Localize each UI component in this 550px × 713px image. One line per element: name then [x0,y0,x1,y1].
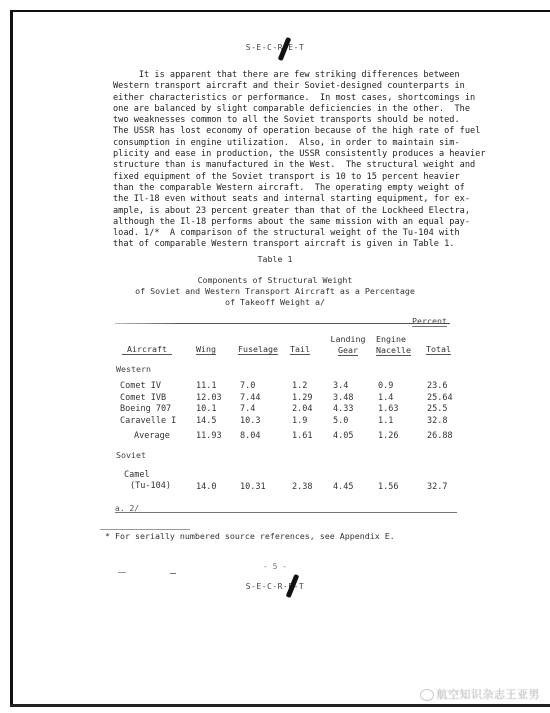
cell-total: 32.7 [427,482,447,492]
header-fuselage: Fuselage [238,344,278,355]
cell-gear: 4.05 [333,431,353,441]
table-label: Table 1 [0,254,550,265]
paragraph-line: ample, is about 23 percent greater than … [113,206,508,217]
paragraph-line: It is apparent that there are few striki… [113,70,508,81]
cell-gear: 4.33 [333,404,353,414]
cell-tail: 1.9 [292,416,307,426]
table-title-line: Components of Structural Weight [0,275,550,286]
weibo-icon [420,689,434,701]
cell-total: 25.5 [427,404,447,414]
watermark: 航空知识杂志王亚男 [420,686,541,702]
cell-aircraft: Caravelle I [120,416,176,426]
table-title: Components of Structural Weight of Sovie… [0,275,550,308]
cell-nacelle: 1.4 [378,393,393,403]
cell-gear: 5.0 [333,416,348,426]
paragraph-line: plicity and ease in production, the USSR… [113,149,508,160]
paragraph-line: one are balanced by slight comparable de… [113,104,508,115]
cell-aircraft-designation: (Tu-104) [130,481,171,491]
classification-marking-top: S-E-C-R-E-T [0,43,550,52]
cell-wing: 11.1 [196,381,216,391]
paragraph-line: the Il-18 even without seats and interna… [113,194,508,205]
header-aircraft: Aircraft [122,344,172,355]
cell-fuselage: 10.3 [240,416,260,426]
paragraph-line: although the Il-18 performs about the sa… [113,217,508,228]
cell-fuselage: 7.44 [240,393,260,403]
cell-wing: 14.0 [196,482,216,492]
cell-aircraft: Comet IV [120,381,161,391]
cell-aircraft: Boeing 707 [120,404,171,414]
header-total: Total [426,344,451,355]
cell-tail: 1.61 [292,431,312,441]
page-frame-bottom [10,704,550,707]
page-number: - 5 - [0,562,550,571]
cell-nacelle: 1.1 [378,416,393,426]
paragraph-line: that of comparable Western transport air… [113,239,508,250]
watermark-text: 航空知识杂志王亚男 [437,688,541,701]
cell-wing: 12.03 [196,393,222,403]
footnote: * For serially numbered source reference… [105,531,395,541]
cell-wing: 10.1 [196,404,216,414]
cell-total: 23.6 [427,381,447,391]
paragraph-line: The USSR has lost economy of operation b… [113,126,508,137]
cell-tail: 1.2 [292,381,307,391]
cell-total: 25.64 [427,393,453,403]
paragraph-line: two weaknesses common to all the Soviet … [113,115,508,126]
cell-tail: 2.04 [292,404,312,414]
cell-total: 26.88 [427,431,453,441]
cell-total: 32.8 [427,416,447,426]
table-unit-label: Percent [412,316,447,327]
cell-nacelle: 1.26 [378,431,398,441]
paragraph-line: consumption in engine utilization. Also,… [113,138,508,149]
paragraph-line: load. 1/* A comparison of the structural… [113,228,508,239]
cell-fuselage: 10.31 [240,482,266,492]
paragraph-line: than the comparable Western aircraft. Th… [113,183,508,194]
paragraph-line: structure than is manufactured in the We… [113,160,508,171]
body-paragraph: It is apparent that there are few striki… [113,70,508,251]
footnote-rule [100,529,190,530]
cell-tail: 1.29 [292,393,312,403]
cell-wing: 14.5 [196,416,216,426]
classification-marking-bottom: S-E-C-R-E-T [0,582,550,591]
cell-aircraft: Comet IVB [120,393,166,403]
header-wing: Wing [196,344,216,355]
scan-speck [118,572,126,573]
cell-aircraft: Average [134,431,170,441]
page-frame-top [10,10,550,12]
cell-fuselage: 7.4 [240,404,255,414]
cell-gear: 4.45 [333,482,353,492]
cell-wing: 11.93 [196,431,222,441]
cell-aircraft: Camel [124,470,150,480]
header-tail: Tail [290,344,310,355]
cell-fuselage: 8.04 [240,431,260,441]
cell-gear: 3.4 [333,381,348,391]
cell-nacelle: 0.9 [378,381,393,391]
cell-nacelle: 1.56 [378,482,398,492]
table-title-line: of Takeoff Weight a/ [0,297,550,308]
cell-nacelle: 1.63 [378,404,398,414]
paragraph-line: either characteristics or performance. I… [113,93,508,104]
header-engine-nacelle: Engine Nacelle [376,334,411,356]
group-label-soviet: Soviet [116,450,146,460]
page-frame-left [10,10,13,706]
group-label-western: Western [116,364,151,374]
paragraph-line: fixed equipment of the Soviet transport … [113,172,508,183]
cell-tail: 2.38 [292,482,312,492]
cell-gear: 3.48 [333,393,353,403]
header-landing-gear: Landing Gear [328,334,368,356]
table-top-rule [115,323,450,324]
cell-fuselage: 7.0 [240,381,255,391]
table-bottom-rule [115,512,457,513]
table-title-line: of Soviet and Western Transport Aircraft… [0,286,550,297]
scan-speck [170,573,176,574]
paragraph-line: Western transport aircraft and their Sov… [113,81,508,92]
